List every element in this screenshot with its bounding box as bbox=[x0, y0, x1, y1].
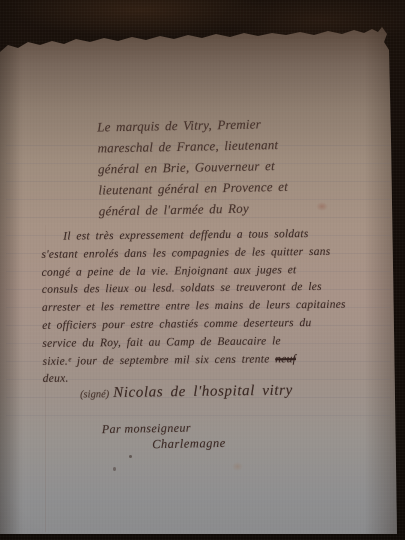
countersignature-block: Par monseigneur Charlemagne bbox=[102, 420, 226, 453]
manuscript-page: Le marquis de Vitry, Premier mareschal d… bbox=[0, 0, 405, 540]
countersignature-line: Par monseigneur bbox=[102, 420, 226, 437]
ink-speck bbox=[129, 455, 132, 458]
body-line: arrester et les remettre entre les mains… bbox=[42, 296, 390, 317]
countersignature-name: Charlemagne bbox=[152, 436, 226, 452]
photo-backdrop: Le marquis de Vitry, Premier mareschal d… bbox=[0, 0, 405, 540]
date-line-text: sixie.ᵉ jour de septembre mil six cens t… bbox=[42, 353, 269, 367]
paper-stain bbox=[232, 462, 243, 471]
ink-speck bbox=[113, 467, 116, 471]
signature-prefix: (signé) bbox=[80, 389, 109, 400]
heading-block: Le marquis de Vitry, Premier mareschal d… bbox=[97, 112, 359, 222]
body-block: Il est très expressement deffendu a tous… bbox=[41, 225, 391, 389]
struck-word: neuf bbox=[275, 353, 296, 365]
signature-line: (signé) Nicolas de l'hospital vitry bbox=[80, 382, 293, 403]
signature-name: Nicolas de l'hospital vitry bbox=[113, 383, 293, 402]
